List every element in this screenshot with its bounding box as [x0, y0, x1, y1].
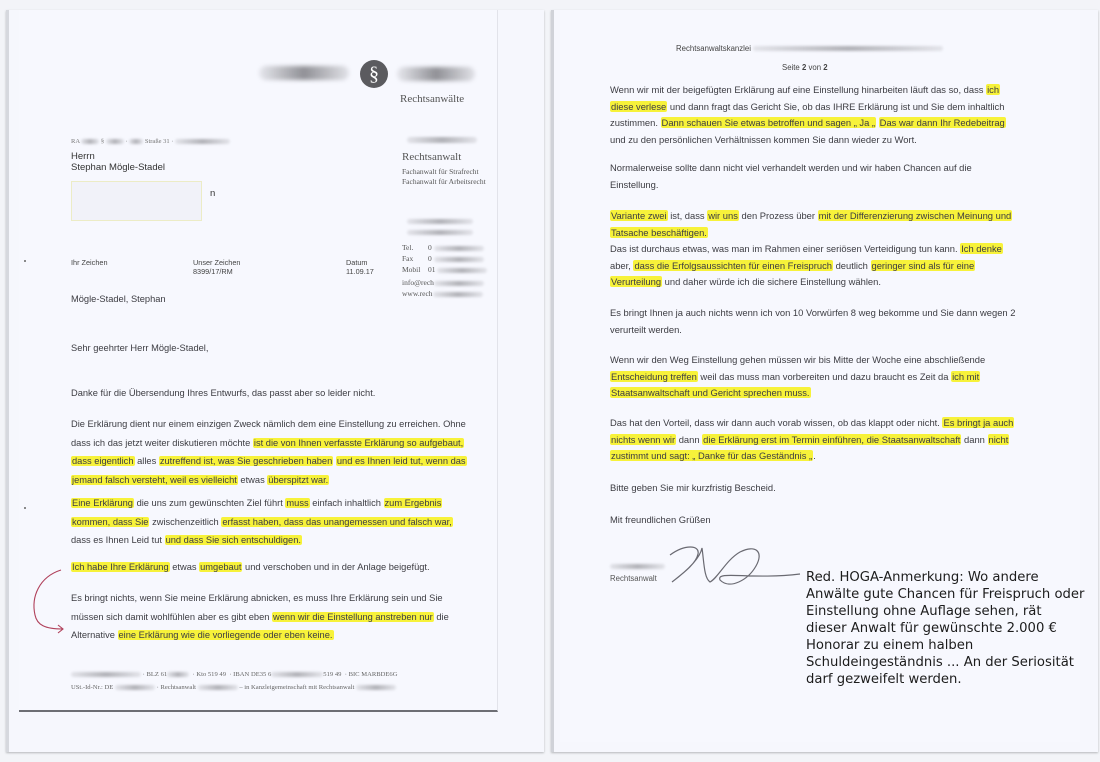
letter-page-1: § Rechtsanwälte RA § · Straße 31 · Herrn… [6, 10, 544, 752]
redacted-text [71, 672, 141, 677]
body-paragraph: Bitte geben Sie mir kurzfristig Bescheid… [610, 480, 1020, 497]
redacted-text [115, 685, 155, 690]
highlighted-text: dass die Erfolgsaussichten für einen Fre… [633, 260, 833, 271]
body-paragraph: Das hat den Vorteil, dass wir dann auch … [610, 415, 1020, 465]
redacted-text [167, 672, 189, 677]
contact-mobil: Mobil01 [402, 264, 487, 275]
body-paragraph: Mit freundlichen Grüßen [610, 512, 1020, 529]
contact-tel: Tel.0 [402, 242, 487, 253]
web-prefix: www.rech [402, 289, 433, 298]
footer-kanzleigemeinschaft: – in Kanzleigemeinschaft mit Rechtsanwal… [239, 684, 354, 691]
footer-blz: · BLZ 61 [143, 671, 168, 678]
redacted-text [129, 139, 143, 144]
body-text: den Prozess über [739, 210, 818, 221]
highlighted-text: die Erklärung erst im Termin einführen, … [702, 434, 961, 445]
firm-subtitle: Rechtsanwälte [400, 93, 464, 105]
footer-iban-tail: 519 49 [323, 671, 341, 678]
signature-label: Rechtsanwalt [610, 574, 657, 583]
body-text: Wenn wir den Weg Einstellung gehen müsse… [610, 354, 985, 365]
redacted-text [434, 281, 484, 286]
body-text: etwas [170, 562, 199, 572]
tel-value: 0 [428, 243, 432, 252]
footer-rechtsanwalt: · Rechtsanwalt [157, 684, 196, 691]
redacted-text [198, 685, 238, 690]
body-text: und daher würde ich die sichere Einstell… [662, 276, 881, 287]
body-text: Mit freundlichen Grüßen [610, 514, 711, 525]
highlighted-text: wenn wir die Einstellung anstreben nur [272, 612, 434, 622]
unser-zeichen: Unser Zeichen 8399/17/RM [193, 258, 240, 276]
mobil-value: 01 [428, 265, 436, 274]
fax-label: Fax [402, 253, 428, 264]
ihr-zeichen-label: Ihr Zeichen [71, 258, 108, 267]
highlighted-text: Ich denke [960, 243, 1003, 254]
lawyer-specialties: Fachanwalt für Strafrecht Fachanwalt für… [402, 167, 486, 187]
page2-header: Rechtsanwaltskanzlei [676, 44, 943, 53]
body-text: Bitte geben Sie mir kurzfristig Bescheid… [610, 482, 776, 493]
redacted-text [175, 139, 230, 144]
highlighted-text: umgebaut [199, 562, 242, 572]
email-prefix: info@rech [402, 278, 434, 287]
footer-iban: · IBAN DE35 6 [229, 671, 271, 678]
page-number: Seite 2 von 2 [782, 63, 828, 72]
body-text: einfach inhaltlich [310, 498, 384, 508]
lawyer-title: Rechtsanwalt [402, 151, 461, 163]
body-text: Normalerweise sollte dann nicht viel ver… [610, 162, 972, 190]
redacted-text [434, 246, 484, 251]
letter-page-2: Rechtsanwaltskanzlei Seite 2 von 2 Wenn … [551, 10, 1098, 752]
recipient-address-tail: n [210, 188, 215, 199]
body-paragraph: Eine Erklärung die uns zum gewünschten Z… [71, 494, 473, 550]
greeting: Sehr geehrter Herr Mögle-Stadel, [71, 343, 208, 353]
footer-kto: · Kto 519 49 [193, 671, 227, 678]
body-text: . [813, 450, 816, 461]
redacted-firm-name-right [397, 67, 475, 81]
contact-website[interactable]: www.rech [402, 288, 487, 299]
page-prefix: Seite [782, 63, 802, 72]
specialty-strafrecht: Fachanwalt für Strafrecht [402, 167, 486, 177]
contact-email[interactable]: info@rech [402, 277, 487, 288]
specialty-arbeitsrecht: Fachanwalt für Arbeitsrecht [402, 177, 486, 187]
highlighted-text: Variante zwei [610, 210, 668, 221]
body-text: deutlich [833, 260, 871, 271]
highlighted-text: eine Erklärung wie die vorliegende oder … [118, 630, 334, 640]
handwritten-signature-icon [660, 540, 810, 600]
redacted-text [106, 139, 124, 144]
body-text: Es bringt Ihnen ja auch nichts wenn ich … [610, 307, 1015, 335]
redacted-text [433, 292, 483, 297]
highlighted-text: überspitzt war. [267, 475, 329, 485]
datum-value: 11.09.17 [346, 267, 374, 276]
highlighted-text: wir uns [707, 210, 739, 221]
page-total: 2 [823, 63, 827, 72]
unser-zeichen-label: Unser Zeichen [193, 258, 240, 267]
highlighted-text: und dass Sie sich entschuldigen. [165, 535, 302, 545]
paragraph-symbol-logo-icon: § [360, 60, 388, 88]
body-paragraph: Die Erklärung dient nur einem einzigen Z… [71, 415, 474, 489]
body-text: alles [135, 456, 159, 466]
fax-value: 0 [428, 254, 432, 263]
body-paragraph: Es bringt nichts, wenn Sie meine Erkläru… [71, 589, 473, 645]
redacted-address-box [71, 181, 202, 221]
body-paragraph: Ich habe Ihre Erklärung etwas umgebaut u… [71, 558, 473, 577]
datum-label: Datum [346, 258, 374, 267]
body-text: dann [961, 434, 987, 445]
body-text: ist, dass [668, 210, 708, 221]
redacted-signer-name [610, 564, 665, 569]
redacted-firm-name-left [259, 66, 349, 80]
redacted-address-line [407, 230, 473, 235]
sender-return-line: RA § · Straße 31 · [71, 138, 230, 145]
body-paragraph: Wenn wir mit der beigefügten Erklärung a… [610, 82, 1020, 148]
body-text: aber, [610, 260, 633, 271]
sender-prefix: RA [71, 138, 80, 145]
redacted-address-line [407, 219, 473, 224]
body-text: die uns zum gewünschten Ziel führt [134, 498, 285, 508]
subject-line: Mögle-Stadel, Stephan [71, 294, 166, 304]
recipient-block: Herrn Stephan Mögle-Stadel [71, 151, 165, 173]
body-paragraph: Wenn wir den Weg Einstellung gehen müsse… [610, 352, 1020, 402]
body-text: etwas [238, 475, 267, 485]
datum: Datum 11.09.17 [346, 258, 374, 276]
highlighted-text: Ich habe Ihre Erklärung [71, 562, 170, 572]
body-text: Danke für die Übersendung Ihres Entwurfs… [71, 388, 375, 398]
unser-zeichen-value: 8399/17/RM [193, 267, 240, 276]
body-paragraph: Variante zwei ist, dass wir uns den Proz… [610, 208, 1020, 291]
redacted-text [81, 139, 99, 144]
body-text: dass es Ihnen Leid tut [71, 535, 165, 545]
body-paragraph: Danke für die Übersendung Ihres Entwurfs… [71, 384, 471, 403]
body-text: Wenn wir mit der beigefügten Erklärung a… [610, 84, 986, 95]
redacted-text [271, 672, 323, 677]
recipient-name: Stephan Mögle-Stadel [71, 162, 165, 173]
body-paragraph: Es bringt Ihnen ja auch nichts wenn ich … [610, 305, 1020, 338]
highlighted-text: Das war dann Ihr Redebeitrag [879, 117, 1006, 128]
letter-sheet-2: Rechtsanwaltskanzlei Seite 2 von 2 Wenn … [560, 10, 1080, 742]
footer-ustid: USt.-Id-Nr.: DE [71, 684, 113, 691]
margin-dot [24, 507, 26, 509]
highlighted-text: Dann schauen Sie etwas betroffen und sag… [661, 117, 877, 128]
editor-annotation: Red. HOGA-Anmerkung: Wo andere Anwälte g… [806, 569, 1086, 688]
highlighted-text: muss [285, 498, 309, 508]
body-text: zwischenzeitlich [149, 517, 221, 527]
contact-block: Tel.0 Fax0 Mobil01 info@rech www.rech [402, 242, 487, 299]
body-text: Das ist durchaus etwas, was man im Rahme… [610, 243, 960, 254]
body-text: und verschoben und in der Anlage beigefü… [242, 562, 429, 572]
redacted-lawyer-name [407, 137, 477, 143]
sender-street: Straße 31 · [145, 138, 174, 145]
body-text: dann [676, 434, 702, 445]
body-text: und zu den persönlichen Verhältnissen ko… [610, 134, 917, 145]
body-paragraph: Normalerweise sollte dann nicht viel ver… [610, 160, 1020, 193]
kanzlei-label: Rechtsanwaltskanzlei [676, 44, 751, 53]
red-annotation-arrow-icon [29, 567, 69, 637]
highlighted-text: Entscheidung treffen [610, 371, 698, 382]
footer-tax-line: USt.-Id-Nr.: DE · Rechtsanwalt – in Kanz… [71, 684, 396, 691]
redacted-text [356, 685, 396, 690]
highlighted-text: Eine Erklärung [71, 498, 134, 508]
body-text: weil das muss man vorbereiten und dazu b… [698, 371, 951, 382]
tel-label: Tel. [402, 242, 428, 253]
letter-sheet-1: § Rechtsanwälte RA § · Straße 31 · Herrn… [19, 10, 498, 712]
contact-fax: Fax0 [402, 253, 487, 264]
highlighted-text: erfasst haben, dass das unangemessen und… [221, 517, 452, 527]
footer-bic: · BIC MARBDE6G [345, 671, 398, 678]
page-sep: von [806, 63, 823, 72]
redacted-kanzlei-name [753, 46, 943, 51]
redacted-text [434, 257, 484, 262]
redacted-text [437, 268, 487, 273]
mobil-label: Mobil [402, 264, 428, 275]
sender-symbol: § [101, 138, 104, 145]
footer-bank-line: · BLZ 61 · Kto 519 49 · IBAN DE35 6519 4… [71, 671, 397, 678]
recipient-salutation: Herrn [71, 151, 165, 162]
margin-dot [24, 260, 26, 262]
highlighted-text: zutreffend ist, was Sie geschrieben habe… [159, 456, 333, 466]
body-text: Das hat den Vorteil, dass wir dann auch … [610, 417, 942, 428]
